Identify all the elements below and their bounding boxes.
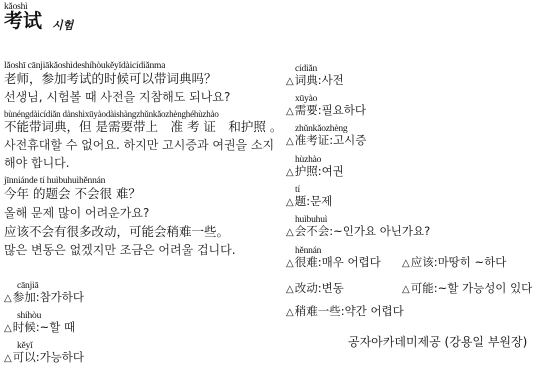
triangle-icon: △ bbox=[286, 284, 294, 295]
vocab-item: △可能:~할 가능성이 있다 bbox=[402, 281, 532, 297]
vocab-text: 词典:사전 bbox=[295, 73, 344, 87]
vocab-item: △应该:마땅히 ~하다 bbox=[402, 255, 506, 271]
vocab-item: △题:문제 bbox=[286, 194, 332, 210]
vocab-text: 需要:필요하다 bbox=[295, 103, 366, 117]
dialogue-2-pinyin: bùnéngdàicídiǎn dànshìxūyàodàishàngzhǔnk… bbox=[4, 109, 219, 119]
triangle-icon: △ bbox=[286, 197, 294, 208]
vocab-item: △准考证:고시증 bbox=[286, 133, 366, 149]
vocab-item: △改动:변동 bbox=[286, 281, 344, 297]
triangle-icon: △ bbox=[402, 284, 410, 295]
vocab-text: 准考证:고시증 bbox=[295, 133, 367, 147]
triangle-icon: △ bbox=[286, 307, 294, 318]
dialogue-4-chinese: 应该不会有很多改动，可能会稍难一些。 bbox=[4, 224, 229, 239]
dialogue-3-chinese: 今年 的题会 不会很 难？ bbox=[4, 186, 141, 201]
title-chinese: 考试 bbox=[4, 11, 42, 31]
vocab-item: △词典:사전 bbox=[286, 73, 344, 89]
vocab-text: 改动:변동 bbox=[295, 281, 344, 295]
vocab-text: 护照:여권 bbox=[295, 164, 344, 178]
dialogue-1-pinyin: lǎoshī cānjiākǎoshìdeshíhòukěyǐdàicídiǎn… bbox=[4, 61, 165, 71]
vocab-item: △很难:매우 어렵다 bbox=[286, 255, 381, 271]
credit-text: 공자아카데미제공 (강용일 부원장) bbox=[348, 333, 527, 350]
dialogue-2-korean-cont: 해야 합니다. bbox=[4, 156, 70, 171]
vocab-item: △需要:필요하다 bbox=[286, 103, 366, 119]
vocab-item: △稍难一些:약간 어렵다 bbox=[286, 304, 404, 320]
dialogue-1-chinese: 老师，参加考试的时候可以带词典吗？ bbox=[4, 71, 217, 86]
vocab-text: 可以:가능하다 bbox=[13, 350, 84, 364]
triangle-icon: △ bbox=[286, 258, 294, 269]
vocab-item: △时候:~할 때 bbox=[4, 320, 75, 336]
vocab-text: 稍难一些:약간 어렵다 bbox=[295, 304, 404, 318]
vocab-text: 可能:~할 가능성이 있다 bbox=[411, 281, 533, 295]
vocab-text: 参加:참가하다 bbox=[13, 290, 84, 304]
dialogue-4-korean: 많은 변동은 없겠지만 조금은 어려울 겁니다. bbox=[4, 243, 236, 258]
triangle-icon: △ bbox=[286, 76, 294, 87]
triangle-icon: △ bbox=[286, 136, 294, 147]
dialogue-3-korean: 올해 문제 많이 어려운가요? bbox=[4, 206, 149, 221]
dialogue-3-pinyin: jīnniánde tí huìbuhuìhěnnán bbox=[4, 176, 105, 186]
vocab-text: 时候:~할 때 bbox=[13, 320, 75, 334]
dialogue-2-chinese: 不能带词典，但 是需要带上 准 考 证 和护照 。 bbox=[4, 119, 282, 134]
triangle-icon: △ bbox=[286, 227, 294, 238]
triangle-icon: △ bbox=[286, 106, 294, 117]
triangle-icon: △ bbox=[286, 167, 294, 178]
title-korean: 시험 bbox=[52, 17, 73, 33]
triangle-icon: △ bbox=[402, 258, 410, 269]
triangle-icon: △ bbox=[4, 353, 12, 364]
triangle-icon: △ bbox=[4, 293, 12, 304]
vocab-text: 很难:매우 어렵다 bbox=[295, 255, 381, 269]
vocab-item: △护照:여권 bbox=[286, 164, 344, 180]
vocab-text: 应该:마땅히 ~하다 bbox=[411, 255, 507, 269]
vocab-text: 会不会:~인가요 아닌가요? bbox=[295, 224, 431, 238]
vocab-item: △参加:참가하다 bbox=[4, 290, 84, 306]
vocab-text: 题:문제 bbox=[295, 194, 333, 208]
vocab-item: △会不会:~인가요 아닌가요? bbox=[286, 224, 430, 240]
dialogue-1-korean: 선생님, 시험볼 때 사전을 지참해도 되나요? bbox=[4, 90, 230, 105]
triangle-icon: △ bbox=[4, 323, 12, 334]
vocab-item: △可以:가능하다 bbox=[4, 350, 84, 366]
dialogue-2-korean: 사전휴대할 수 없어요. 하지만 고시증과 여권을 소지 bbox=[4, 138, 274, 153]
